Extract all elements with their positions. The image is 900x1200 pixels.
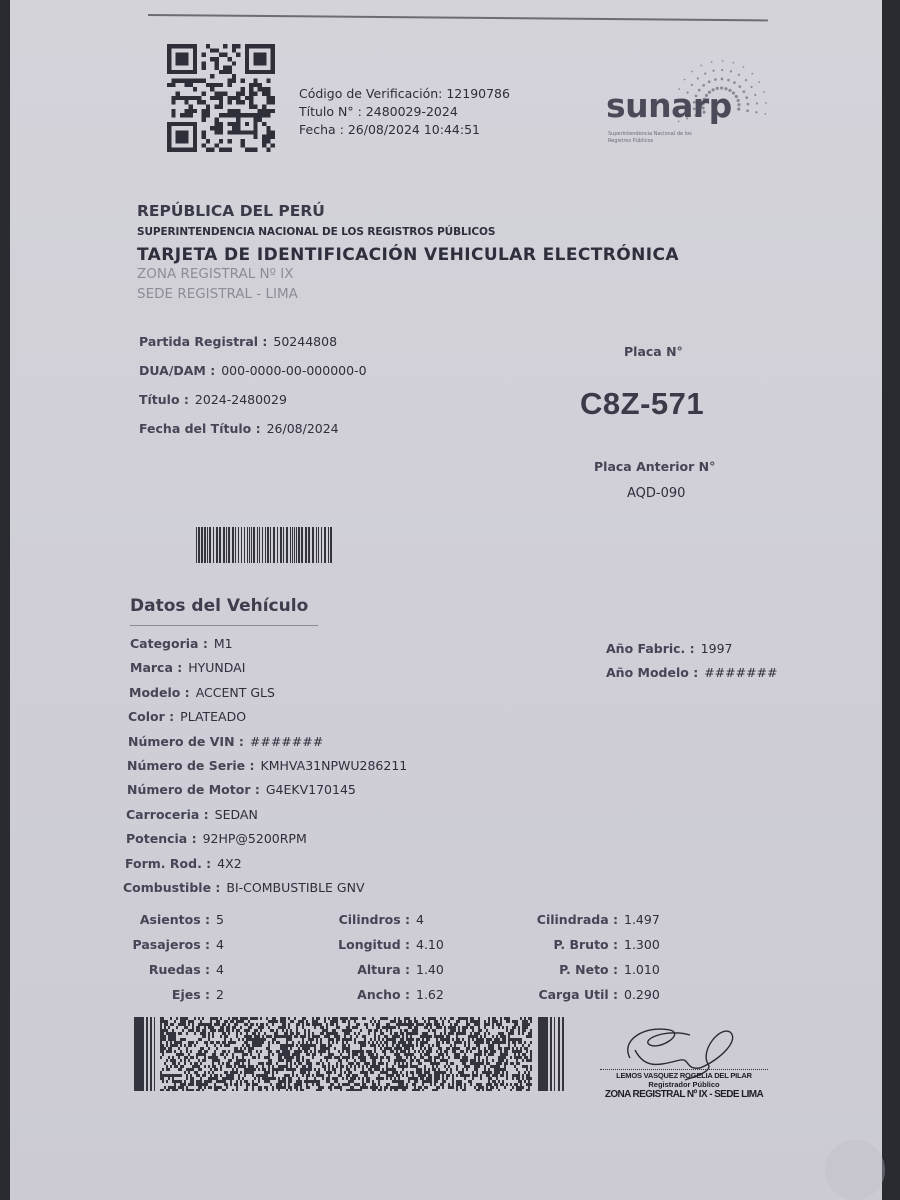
superintendencia-heading: SUPERINTENDENCIA NACIONAL DE LOS REGISTR… [137, 226, 495, 238]
specs-column-c: Cilindrada :1.497P. Bruto :1.300P. Neto … [530, 912, 670, 1012]
registro-row: Título :2024-2480029 [139, 392, 367, 421]
vehicle-field-row: Número de Serie :KMHVA31NPWU286211 [127, 758, 407, 782]
placa-label: Placa N° [624, 344, 683, 359]
field-label: Form. Rod. : [125, 856, 211, 871]
field-value: 1997 [701, 641, 733, 656]
field-label: Marca : [130, 660, 182, 675]
field-label: Carroceria : [126, 807, 209, 822]
document-page: Código de Verificación: 12190786 Título … [10, 0, 882, 1200]
year-fields: Año Fabric. :1997Año Modelo :####### [606, 641, 778, 689]
placa-anterior-value: AQD-090 [627, 486, 685, 501]
spec-row: Ancho :1.62 [306, 987, 456, 1012]
field-value: 4 [216, 962, 234, 977]
registro-row: Fecha del Título :26/08/2024 [139, 421, 367, 450]
fecha-timestamp: Fecha : 26/08/2024 10:44:51 [299, 121, 510, 139]
signer-name: LEMOS VASQUEZ ROGELIA DEL PILAR [594, 1071, 774, 1080]
field-value: ####### [704, 665, 777, 680]
verification-block: Código de Verificación: 12190786 Título … [299, 85, 510, 139]
field-value: HYUNDAI [188, 660, 245, 675]
field-label: Número de Motor : [127, 782, 260, 797]
field-label: Categoria : [130, 636, 208, 651]
vehicle-field-row: Form. Rod. :4X2 [125, 856, 407, 880]
signer-zona: ZONA REGISTRAL Nº IX - SEDE LIMA [594, 1089, 774, 1100]
field-label: Asientos : [140, 912, 210, 927]
field-value: ####### [250, 734, 323, 749]
specs-column-a: Asientos :5Pasajeros :4Ruedas :4Ejes :2 [122, 912, 234, 1012]
vehicle-field-row: Combustible :BI-COMBUSTIBLE GNV [123, 880, 407, 904]
spec-row: Ejes :2 [122, 987, 234, 1012]
spec-row: Pasajeros :4 [122, 937, 234, 962]
field-value: SEDAN [215, 807, 258, 822]
registro-row: Partida Registral :50244808 [139, 334, 367, 363]
qr-code-icon [167, 44, 275, 152]
vehicle-field-row: Categoria :M1 [130, 636, 407, 660]
registro-row: DUA/DAM :000-0000-00-000000-0 [139, 363, 367, 392]
field-value: KMHVA31NPWU286211 [261, 758, 408, 773]
spec-row: Altura :1.40 [306, 962, 456, 987]
placa-anterior-label: Placa Anterior N° [594, 459, 715, 474]
vehicle-field-row: Número de VIN :####### [128, 734, 407, 758]
field-value: 4X2 [217, 856, 241, 871]
logo-wordmark: sunarp [606, 86, 732, 125]
spec-row: Longitud :4.10 [306, 937, 456, 962]
field-label: P. Neto : [559, 962, 618, 977]
top-divider [148, 14, 768, 21]
field-label: Modelo : [129, 685, 190, 700]
datos-divider [130, 625, 318, 626]
signature-line [600, 1069, 768, 1070]
field-value: 4 [416, 912, 456, 927]
sunarp-logo: sunarp Superintendencia Nacional de los … [606, 58, 786, 153]
vehicle-field-row: Color :PLATEADO [128, 709, 407, 733]
field-value: 92HP@5200RPM [203, 831, 307, 846]
placa-number: C8Z-571 [580, 386, 704, 422]
document-title: TARJETA DE IDENTIFICACIÓN VEHICULAR ELEC… [137, 245, 679, 265]
field-value: 1.010 [624, 962, 670, 977]
vehicle-field-row: Potencia :92HP@5200RPM [126, 831, 407, 855]
vehicle-field-row: Carroceria :SEDAN [126, 807, 407, 831]
field-label: Año Modelo : [606, 665, 698, 680]
field-value: BI-COMBUSTIBLE GNV [226, 880, 364, 895]
field-value: 5 [216, 912, 234, 927]
field-label: Año Fabric. : [606, 641, 695, 656]
field-value: 0.290 [624, 987, 670, 1002]
logo-subtitle: Superintendencia Nacional de los Registr… [608, 131, 708, 145]
spec-row: Cilindros :4 [306, 912, 456, 937]
datos-vehiculo-heading: Datos del Vehículo [130, 596, 308, 616]
spec-row: Asientos :5 [122, 912, 234, 937]
registro-block: Partida Registral :50244808 DUA/DAM :000… [139, 334, 367, 450]
field-value: 1.300 [624, 937, 670, 952]
barcode-icon [196, 527, 333, 563]
field-label: Carga Util : [538, 987, 618, 1002]
field-value: 1.62 [416, 987, 456, 1002]
field-value: M1 [214, 636, 233, 651]
year-field-row: Año Modelo :####### [606, 665, 778, 689]
field-label: Número de VIN : [128, 734, 244, 749]
zona-registral: ZONA REGISTRAL Nº IX [137, 266, 294, 282]
signature-block: LEMOS VASQUEZ ROGELIA DEL PILAR Registra… [594, 1069, 774, 1100]
vehicle-field-row: Número de Motor :G4EKV170145 [127, 782, 407, 806]
field-label: Combustible : [123, 880, 220, 895]
year-field-row: Año Fabric. :1997 [606, 641, 778, 665]
field-label: Cilindrada : [537, 912, 618, 927]
spec-row: Ruedas :4 [122, 962, 234, 987]
field-label: Ancho : [357, 987, 410, 1002]
field-label: Ejes : [172, 987, 210, 1002]
field-label: Ruedas : [149, 962, 210, 977]
field-value: 4.10 [416, 937, 456, 952]
vehicle-field-row: Marca :HYUNDAI [130, 660, 407, 684]
field-value: 1.497 [624, 912, 670, 927]
faded-stamp [825, 1140, 885, 1200]
field-label: Altura : [357, 962, 410, 977]
titulo-number: Título N° : 2480029-2024 [299, 103, 510, 121]
field-label: Número de Serie : [127, 758, 255, 773]
field-value: G4EKV170145 [266, 782, 356, 797]
sede-registral: SEDE REGISTRAL - LIMA [137, 286, 298, 302]
field-value: 4 [216, 937, 234, 952]
vehicle-field-row: Modelo :ACCENT GLS [129, 685, 407, 709]
spec-row: Cilindrada :1.497 [530, 912, 670, 937]
verification-code: Código de Verificación: 12190786 [299, 85, 510, 103]
spec-row: Carga Util :0.290 [530, 987, 670, 1012]
field-value: 2 [216, 987, 234, 1002]
field-value: ACCENT GLS [196, 685, 275, 700]
pdf417-barcode-icon [134, 1017, 564, 1091]
field-label: P. Bruto : [554, 937, 618, 952]
field-label: Pasajeros : [133, 937, 210, 952]
field-label: Potencia : [126, 831, 197, 846]
signer-role: Registrador Público [594, 1080, 774, 1089]
field-label: Cilindros : [339, 912, 410, 927]
field-value: PLATEADO [180, 709, 246, 724]
republica-heading: REPÚBLICA DEL PERÚ [137, 202, 325, 220]
spec-row: P. Neto :1.010 [530, 962, 670, 987]
field-label: Color : [128, 709, 174, 724]
specs-column-b: Cilindros :4Longitud :4.10Altura :1.40An… [306, 912, 456, 1012]
spec-row: P. Bruto :1.300 [530, 937, 670, 962]
vehicle-fields: Categoria :M1Marca :HYUNDAIModelo :ACCEN… [130, 636, 407, 904]
field-label: Longitud : [338, 937, 410, 952]
field-value: 1.40 [416, 962, 456, 977]
